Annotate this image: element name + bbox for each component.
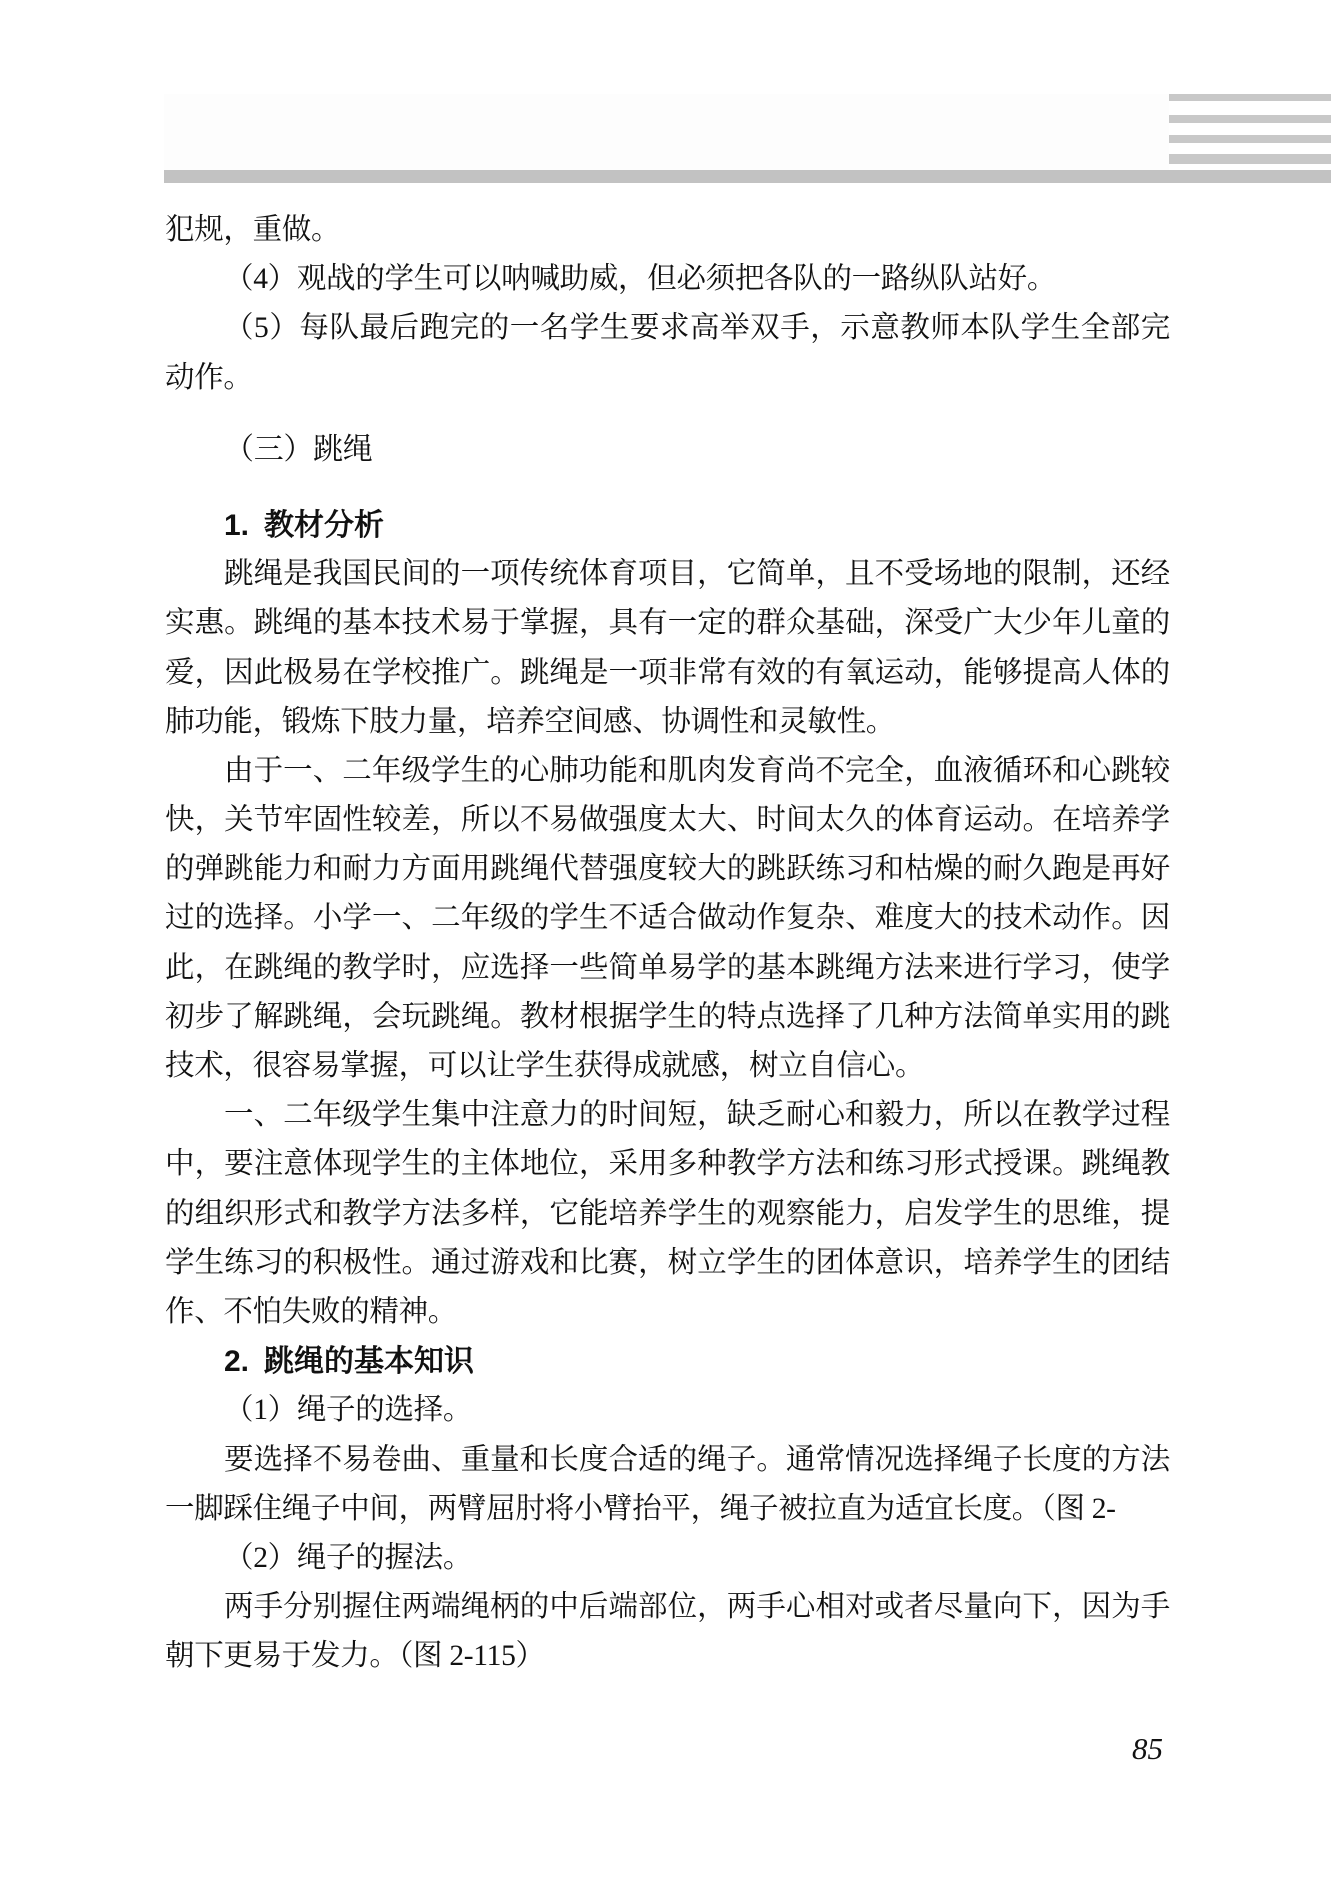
body-line: 两手分别握住两端绳柄的中后端部位，两手心相对或者尽量向下，因为手心	[165, 1583, 1170, 1632]
header-stripe	[1169, 154, 1331, 164]
body-line: 技术，很容易掌握，可以让学生获得成就感，树立自信心。	[165, 1042, 1170, 1091]
body-line: 中，要注意体现学生的主体地位，采用多种教学方法和练习形式授课。跳绳教学	[165, 1140, 1170, 1189]
body-line: 犯规，重做。	[165, 206, 1170, 255]
header-band	[164, 94, 1169, 170]
body-line: 初步了解跳绳，会玩跳绳。教材根据学生的特点选择了几种方法简单实用的跳绳	[165, 993, 1170, 1042]
page-number: 85	[1132, 1724, 1163, 1774]
section-heading-line: （三）跳绳	[165, 425, 1170, 474]
header-stripe	[1169, 94, 1331, 101]
body-line: 学生练习的积极性。通过游戏和比赛，树立学生的团体意识，培养学生的团结协	[165, 1239, 1170, 1288]
body-line: 一、二年级学生集中注意力的时间短，缺乏耐心和毅力，所以在教学过程	[165, 1091, 1170, 1140]
text-block: 犯规，重做。（4）观战的学生可以呐喊助威，但必须把各队的一路纵队站好。（5）每队…	[165, 206, 1170, 1681]
header-rule	[164, 170, 1331, 183]
body-line: 动作。	[165, 354, 1170, 403]
body-line: 过的选择。小学一、二年级的学生不适合做动作复杂、难度大的技术动作。因	[165, 894, 1170, 943]
body-line: 的弹跳能力和耐力方面用跳绳代替强度较大的跳跃练习和枯燥的耐久跑是再好不	[165, 845, 1170, 894]
body-line: 此，在跳绳的教学时，应选择一些简单易学的基本跳绳方法来进行学习，使学生	[165, 944, 1170, 993]
body-line: 快，关节牢固性较差，所以不易做强度太大、时间太久的体育运动。在培养学生	[165, 796, 1170, 845]
body-line: 要选择不易卷曲、重量和长度合适的绳子。通常情况选择绳子长度的方法是以	[165, 1436, 1170, 1485]
numbered-heading-line: 1. 教材分析	[165, 501, 1170, 550]
document-page: 犯规，重做。（4）观战的学生可以呐喊助威，但必须把各队的一路纵队站好。（5）每队…	[0, 0, 1331, 1884]
numbered-heading-line: 2. 跳绳的基本知识	[165, 1337, 1170, 1386]
body-line: 跳绳是我国民间的一项传统体育项目，它简单，且不受场地的限制，还经济	[165, 550, 1170, 599]
list-item-line: （5）每队最后跑完的一名学生要求高举双手，示意教师本队学生全部完成	[165, 304, 1170, 353]
list-item-line: （4）观战的学生可以呐喊助威，但必须把各队的一路纵队站好。	[165, 255, 1170, 304]
list-item-line: （1）绳子的选择。	[165, 1386, 1170, 1435]
body-line: 朝下更易于发力。（图 2-115）	[165, 1632, 1170, 1681]
body-line: 的组织形式和教学方法多样，它能培养学生的观察能力，启发学生的思维，提高	[165, 1190, 1170, 1239]
list-item-line: （2）绳子的握法。	[165, 1534, 1170, 1583]
body-line: 肺功能，锻炼下肢力量，培养空间感、协调性和灵敏性。	[165, 698, 1170, 747]
body-line: 作、不怕失败的精神。	[165, 1288, 1170, 1337]
header-stripe	[1169, 115, 1331, 123]
body-line: 由于一、二年级学生的心肺功能和肌肉发育尚不完全，血液循环和心跳较	[165, 747, 1170, 796]
body-line: 一脚踩住绳子中间，两臂屈肘将小臂抬平，绳子被拉直为适宜长度。（图 2-114）	[165, 1485, 1170, 1534]
header-stripe	[1169, 135, 1331, 143]
body-line: 爱，因此极易在学校推广。跳绳是一项非常有效的有氧运动，能够提高人体的心	[165, 649, 1170, 698]
body-line: 实惠。跳绳的基本技术易于掌握，具有一定的群众基础，深受广大少年儿童的喜	[165, 599, 1170, 648]
